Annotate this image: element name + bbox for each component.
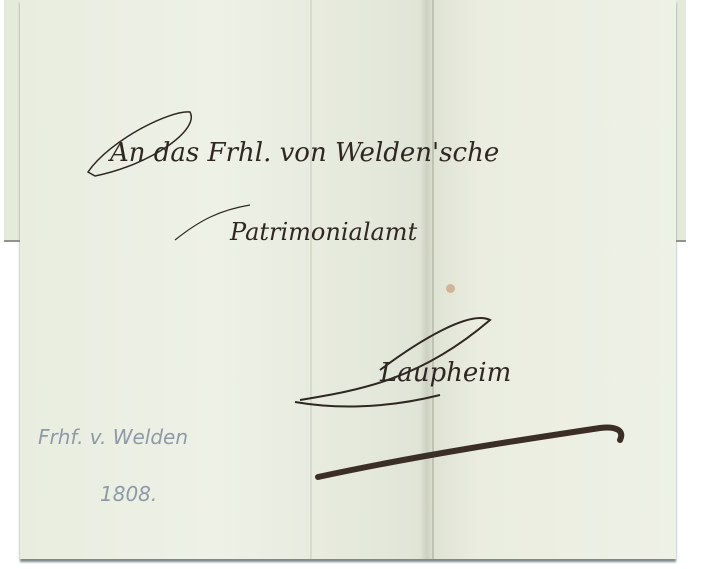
pencil-note-name: Frhf. v. Welden: [38, 425, 188, 449]
destination-laupheim: Laupheim: [380, 358, 511, 388]
pencil-note-year: 1808.: [100, 482, 157, 506]
address-line-2: Patrimonialamt: [230, 218, 417, 246]
address-line-1: An das Frhl. von Welden'sche: [110, 138, 499, 168]
